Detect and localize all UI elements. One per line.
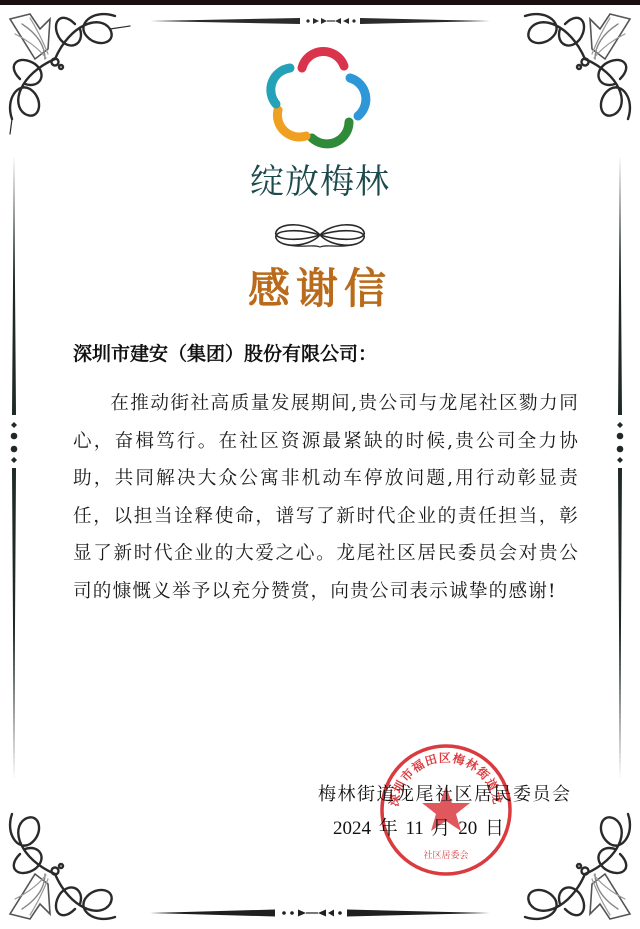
letter-title: 感谢信 xyxy=(200,260,440,318)
corner-flourish-bottom-left-icon xyxy=(0,789,140,929)
corner-flourish-top-right-icon xyxy=(500,4,640,144)
corner-flourish-top-left-icon xyxy=(0,4,140,144)
svg-text:社区居委会: 社区居委会 xyxy=(423,849,468,861)
letter-body: 在推动街社高质量发展期间,贵公司与龙尾社区勠力同心，奋楫笃行。在社区资源最紧缺的… xyxy=(73,385,579,610)
corner-flourish-bottom-right-icon xyxy=(500,789,640,929)
signatory-organization: 梅林街道龙尾社区居民委员会 xyxy=(318,782,572,808)
bottom-ornamental-rule-icon xyxy=(150,905,490,919)
left-ornamental-rule-icon xyxy=(9,155,19,780)
letter-date: 2024 年 11 月 20 日 xyxy=(333,816,504,842)
flower-rings-logo-icon xyxy=(254,38,384,156)
official-seal-icon: 深圳市福田区梅林街道龙尾社区居民委员会 社区居委会 xyxy=(376,740,516,880)
swirl-divider-icon xyxy=(268,218,372,252)
recipient-salutation: 深圳市建安（集团）股份有限公司： xyxy=(73,340,377,368)
top-ornamental-rule-icon xyxy=(150,13,490,27)
brand-wordmark: 绽放梅林 xyxy=(230,160,410,204)
right-ornamental-rule-icon xyxy=(615,155,625,780)
